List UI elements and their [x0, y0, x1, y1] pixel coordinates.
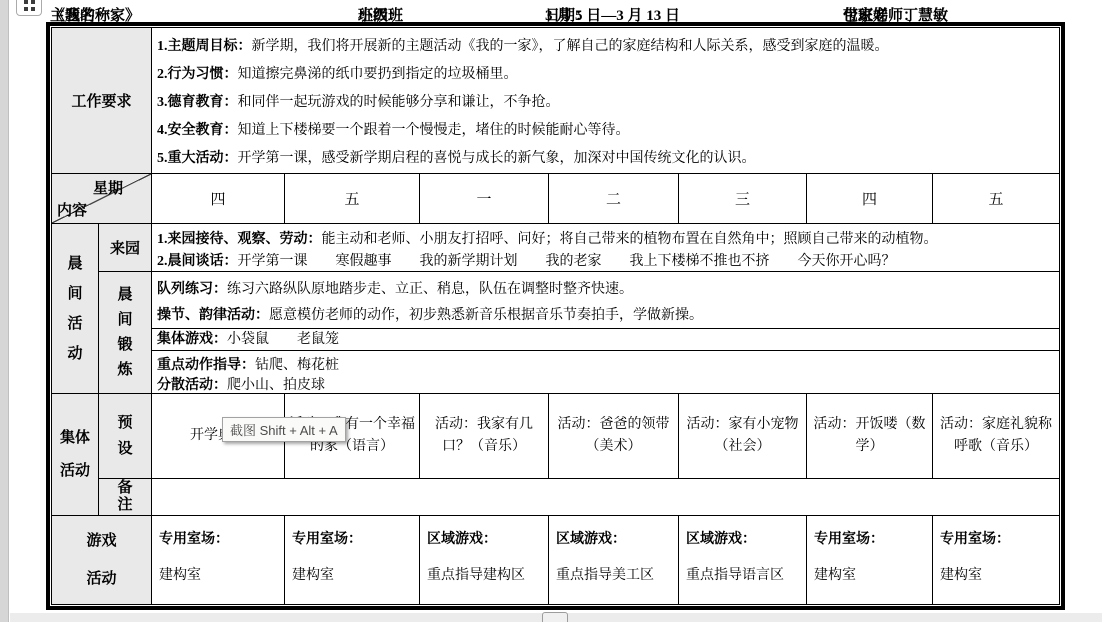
work-item-2: 2.行为习惯：知道擦完鼻涕的纸巾要扔到指定的垃圾桶里。: [157, 61, 1055, 89]
day-header-4[interactable]: 二: [549, 174, 679, 224]
morning-section-label[interactable]: 晨间活动: [52, 224, 99, 394]
guidance-line-1: 重点动作指导：钻爬、梅花桩: [157, 356, 1055, 376]
game-cell-2[interactable]: 专用室场： 建构室: [285, 516, 420, 604]
corner-week-label: 星期: [93, 177, 123, 198]
game-cell-title: 区域游戏：: [556, 528, 674, 548]
game-cell-6[interactable]: 专用室场： 建构室: [807, 516, 933, 604]
game-cell-value: 建构室: [159, 564, 280, 584]
work-item-1: 1.主题周目标：新学期，我们将开展新的主题活动《我的一家》，了解自己的家庭结构和…: [157, 33, 1055, 61]
day-header-1[interactable]: 四: [152, 174, 285, 224]
game-cell-value: 建构室: [940, 564, 1055, 584]
drill-line-1: 队列练习：练习六路纵队原地踏步走、立正、稍息，队伍在调整时整齐快速。: [157, 277, 1055, 303]
work-item-5: 5.重大活动：开学第一课，感受新学期启程的喜悦与成长的新气象，加深对中国传统文化…: [157, 145, 1055, 173]
day-header-6[interactable]: 四: [807, 174, 933, 224]
arrival-content[interactable]: 1.来园接待、观察、劳动：能主动和老师、小朋友打招呼、问好；将自己带来的植物布置…: [152, 224, 1059, 272]
game-cell-5[interactable]: 区域游戏： 重点指导语言区: [679, 516, 807, 604]
preset-cell-3[interactable]: 活动：我家有几口？（音乐）: [420, 394, 549, 479]
exercise-drill-content[interactable]: 队列练习：练习六路纵队原地踏步走、立正、稍息，队伍在调整时整齐快速。 操节、韵律…: [152, 272, 1059, 329]
game-cell-title: 区域游戏：: [427, 528, 544, 548]
day-header-5[interactable]: 三: [679, 174, 807, 224]
game-cell-value: 重点指导美工区: [556, 564, 674, 584]
game-cell-title: 专用室场：: [940, 528, 1055, 548]
day-header-2[interactable]: 五: [285, 174, 420, 224]
collective-section-label[interactable]: 集体活动: [52, 394, 99, 516]
arrival-line-1: 1.来园接待、观察、劳动：能主动和老师、小朋友打招呼、问好；将自己带来的植物布置…: [157, 229, 1055, 251]
day-header-3[interactable]: 一: [420, 174, 549, 224]
game-cell-value: 建构室: [292, 564, 415, 584]
schedule-corner-cell[interactable]: 星期 内容: [52, 174, 152, 224]
page-left-margin: [0, 0, 9, 622]
game-cell-7[interactable]: 专用室场： 建构室: [933, 516, 1059, 604]
game-cell-value: 重点指导语言区: [686, 564, 802, 584]
guidance-content[interactable]: 重点动作指导：钻爬、梅花桩 分散活动：爬小山、拍皮球: [152, 351, 1059, 394]
preset-cell-7[interactable]: 活动：家庭礼貌称呼歌（音乐）: [933, 394, 1059, 479]
game-cell-title: 专用室场：: [292, 528, 415, 548]
remark-content[interactable]: [152, 479, 1059, 516]
game-cell-value: 建构室: [814, 564, 928, 584]
game-cell-value: 重点指导建构区: [427, 564, 544, 584]
game-cell-title: 区域游戏：: [686, 528, 802, 548]
arrival-label[interactable]: 来园: [99, 224, 152, 272]
screenshot-tooltip: 截图 Shift + Alt + A: [222, 417, 346, 442]
day-header-7[interactable]: 五: [933, 174, 1059, 224]
work-item-4: 4.安全教育：知道上下楼梯要一个跟着一个慢慢走，堵住的时候能耐心等待。: [157, 117, 1055, 145]
work-requirements-content[interactable]: 1.主题周目标：新学期，我们将开展新的主题活动《我的一家》，了解自己的家庭结构和…: [152, 28, 1059, 174]
games-section-label[interactable]: 游戏活动: [52, 516, 152, 604]
game-cell-title: 专用室场：: [814, 528, 928, 548]
work-item-3: 3.德育教育：和同伴一起玩游戏的时候能够分享和谦让，不争抢。: [157, 89, 1055, 117]
weekly-plan-table: 工作要求 1.主题周目标：新学期，我们将开展新的主题活动《我的一家》，了解自己的…: [46, 22, 1065, 610]
morning-exercise-label[interactable]: 晨间锻炼: [99, 272, 152, 394]
group-game-line: 集体游戏：小袋鼠 老鼠笼: [157, 330, 1055, 350]
guidance-line-2: 分散活动：爬小山、拍皮球: [157, 376, 1055, 394]
corner-content-label: 内容: [57, 199, 87, 220]
game-cell-1[interactable]: 专用室场： 建构室: [152, 516, 285, 604]
page: 主题名称：《我的一家》 班级：小四班 日期：3 月 5 日—3 月 13 日 带…: [0, 0, 1102, 622]
game-cell-4[interactable]: 区域游戏： 重点指导美工区: [549, 516, 679, 604]
drill-line-2: 操节、韵律活动：愿意模仿老师的动作，初步熟悉新音乐根据音乐节奏拍手，学做新操。: [157, 303, 1055, 329]
game-cell-title: 专用室场：: [159, 528, 280, 548]
preset-cell-5[interactable]: 活动：家有小宠物（社会）: [679, 394, 807, 479]
table-bottom-handle[interactable]: [542, 612, 568, 622]
arrival-line-2: 2.晨间谈话：开学第一课 寒假趣事 我的新学期计划 我的老家 我上下楼梯不推也不…: [157, 251, 1055, 272]
remark-label[interactable]: 备注: [99, 479, 152, 516]
preset-cell-6[interactable]: 活动：开饭喽（数学）: [807, 394, 933, 479]
work-requirements-label[interactable]: 工作要求: [52, 28, 152, 174]
group-game-content[interactable]: 集体游戏：小袋鼠 老鼠笼: [152, 329, 1059, 351]
doc-header: 主题名称：《我的一家》 班级：小四班 日期：3 月 5 日—3 月 13 日 带…: [0, 0, 1102, 22]
game-cell-3[interactable]: 区域游戏： 重点指导建构区: [420, 516, 549, 604]
preset-label[interactable]: 预设: [99, 394, 152, 479]
preset-cell-4[interactable]: 活动：爸爸的领带（美术）: [549, 394, 679, 479]
